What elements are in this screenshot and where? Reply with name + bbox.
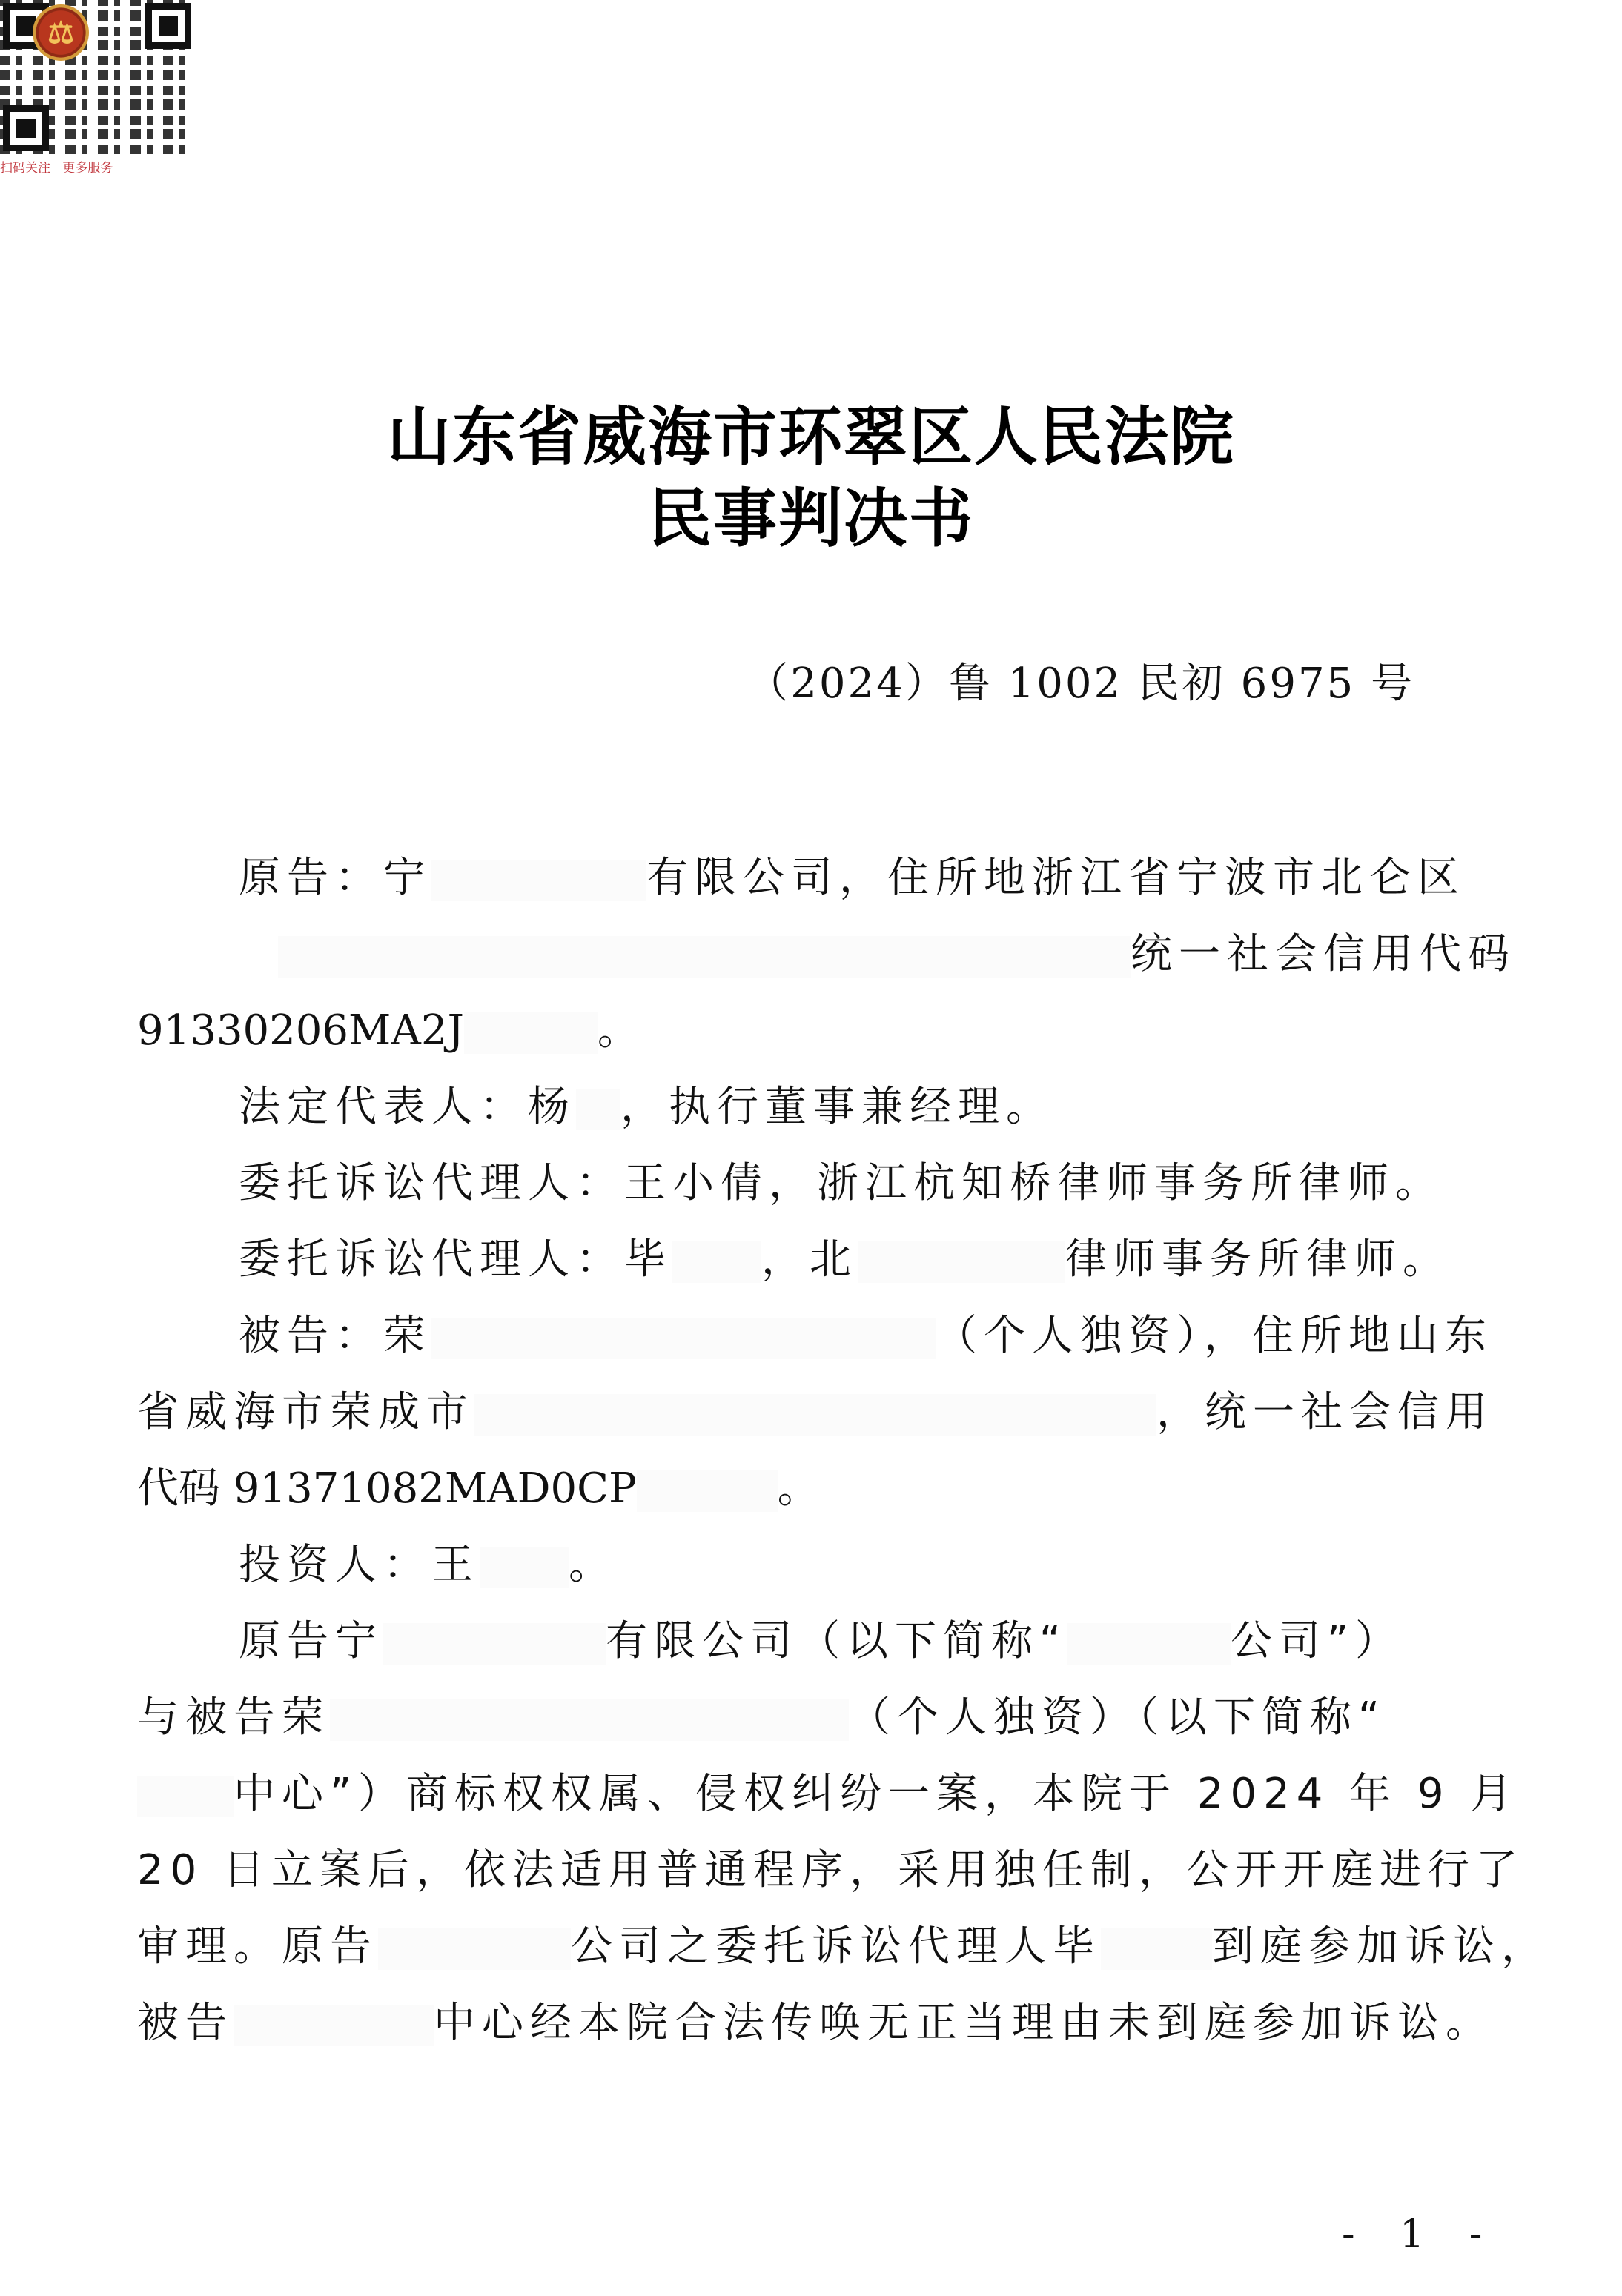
text-fragment: 省威海市荣成市 [137, 1388, 474, 1436]
text-fragment: 法定代表人：杨 [239, 1083, 576, 1131]
text-fragment: 公司”） [1231, 1617, 1403, 1665]
case-intro-line-5: 审理。原告公司之委托诉讼代理人毕到庭参加诉讼， [137, 1914, 1516, 1973]
page-number: - 1 - [1342, 2212, 1498, 2257]
redacted-region [1067, 1623, 1231, 1665]
defendant-address-line: 省威海市荣成市，统一社会信用 [137, 1379, 1516, 1439]
case-intro-line-3: 中心”）商标权权属、侵权纠纷一案，本院于 2024 年 9 月 [137, 1761, 1516, 1820]
case-number: （2024）鲁 1002 民初 6975 号 [747, 651, 1414, 710]
text-fragment: 公司之委托诉讼代理人毕 [571, 1922, 1101, 1971]
text-fragment: 投资人：王 [239, 1541, 480, 1589]
text-fragment: 统一社会信用代码 [1131, 930, 1516, 978]
agent-line-2: 委托诉讼代理人：毕，北律师事务所律师。 [239, 1227, 1618, 1286]
redacted-region [378, 1928, 571, 1970]
redacted-region [576, 1089, 620, 1130]
text-fragment: 委托诉讼代理人：毕 [239, 1235, 672, 1284]
text-fragment: 有限公司，住所地浙江省宁波市北仑区 [646, 854, 1466, 902]
text-fragment: 被告：荣 [239, 1312, 431, 1360]
redacted-region [383, 1623, 606, 1665]
text-fragment: 原告：宁 [239, 854, 431, 902]
redacted-region [431, 860, 646, 901]
redacted-region [1101, 1928, 1212, 1970]
text-fragment: ，北 [761, 1235, 858, 1284]
text-fragment: 。 [598, 1006, 646, 1055]
text-fragment: 有限公司（以下简称“ [606, 1617, 1067, 1665]
qr-finder-pattern [3, 105, 49, 151]
document-type-title: 民事判决书 [0, 467, 1622, 559]
redacted-region [464, 1012, 598, 1054]
text-fragment: ，统一社会信用 [1156, 1388, 1494, 1436]
text-fragment: 。 [569, 1541, 617, 1589]
case-intro-line-2: 与被告荣（个人独资）（以下简称“ [137, 1685, 1516, 1744]
credit-code: 91330206MA2J [137, 1006, 464, 1055]
court-name-title: 山东省威海市环翠区人民法院 [0, 385, 1622, 477]
redacted-region [672, 1241, 761, 1283]
qr-code[interactable]: ⚖ [0, 0, 194, 154]
plaintiff-credit-code-line: 91330206MA2J。 [137, 998, 1516, 1057]
text-fragment: 律师事务所律师。 [1065, 1235, 1451, 1284]
legal-representative-line: 法定代表人：杨，执行董事兼经理。 [239, 1074, 1618, 1133]
defendant-credit-code-line: 代码 91371082MAD0CP。 [137, 1456, 1516, 1515]
text-fragment: ，执行董事兼经理。 [620, 1083, 1054, 1131]
case-intro-line-4: 20 日立案后，依法适用普通程序，采用独任制，公开开庭进行了 [137, 1837, 1516, 1897]
defendant-line: 被告：荣（个人独资），住所地山东 [239, 1303, 1618, 1362]
text-fragment: 。 [778, 1464, 826, 1513]
qr-caption: 扫码关注 更多服务 [0, 157, 113, 176]
case-intro-line-6: 被告中心经本院合法传唤无正当理由未到庭参加诉讼。 [137, 1990, 1516, 2049]
redacted-region [480, 1547, 569, 1588]
text-fragment: 到庭参加诉讼， [1212, 1922, 1549, 1971]
redacted-region [234, 2005, 434, 2046]
text-fragment: 审理。原告 [137, 1922, 378, 1971]
plaintiff-address-line: 统一社会信用代码 [137, 921, 1516, 981]
text-fragment: 20 日立案后，依法适用普通程序，采用独任制，公开开庭进行了 [137, 1846, 1524, 1894]
text-fragment: 中心经本院合法传唤无正当理由未到庭参加诉讼。 [434, 1999, 1494, 2047]
text-fragment: 被告 [137, 1999, 234, 2047]
redacted-region [474, 1394, 1156, 1436]
text-fragment: （个人独资），住所地山东 [936, 1312, 1493, 1360]
agent-line-1: 委托诉讼代理人：王小倩，浙江杭知桥律师事务所律师。 [239, 1150, 1618, 1210]
qr-finder-pattern [145, 3, 191, 49]
plaintiff-line: 原告：宁有限公司，住所地浙江省宁波市北仑区 [239, 845, 1618, 904]
text-fragment: 与被告荣 [137, 1693, 330, 1742]
court-emblem-icon: ⚖ [33, 4, 89, 61]
case-intro-line-1: 原告宁有限公司（以下简称“公司”） [239, 1608, 1618, 1668]
credit-code: 代码 91371082MAD0CP [137, 1464, 637, 1513]
text-fragment: 原告宁 [239, 1617, 383, 1665]
redacted-region [637, 1470, 778, 1512]
text-fragment: （个人独资）（以下简称“ [849, 1693, 1386, 1742]
text-fragment: 中心”）商标权权属、侵权纠纷一案，本院于 2024 年 9 月 [234, 1770, 1518, 1818]
redacted-region [278, 936, 1131, 978]
redacted-region [431, 1318, 936, 1359]
text-fragment: 委托诉讼代理人：王小倩，浙江杭知桥律师事务所律师。 [239, 1159, 1443, 1207]
investor-line: 投资人：王。 [239, 1532, 1618, 1591]
redacted-region [858, 1241, 1065, 1283]
redacted-region [137, 1776, 234, 1817]
redacted-region [330, 1699, 849, 1741]
